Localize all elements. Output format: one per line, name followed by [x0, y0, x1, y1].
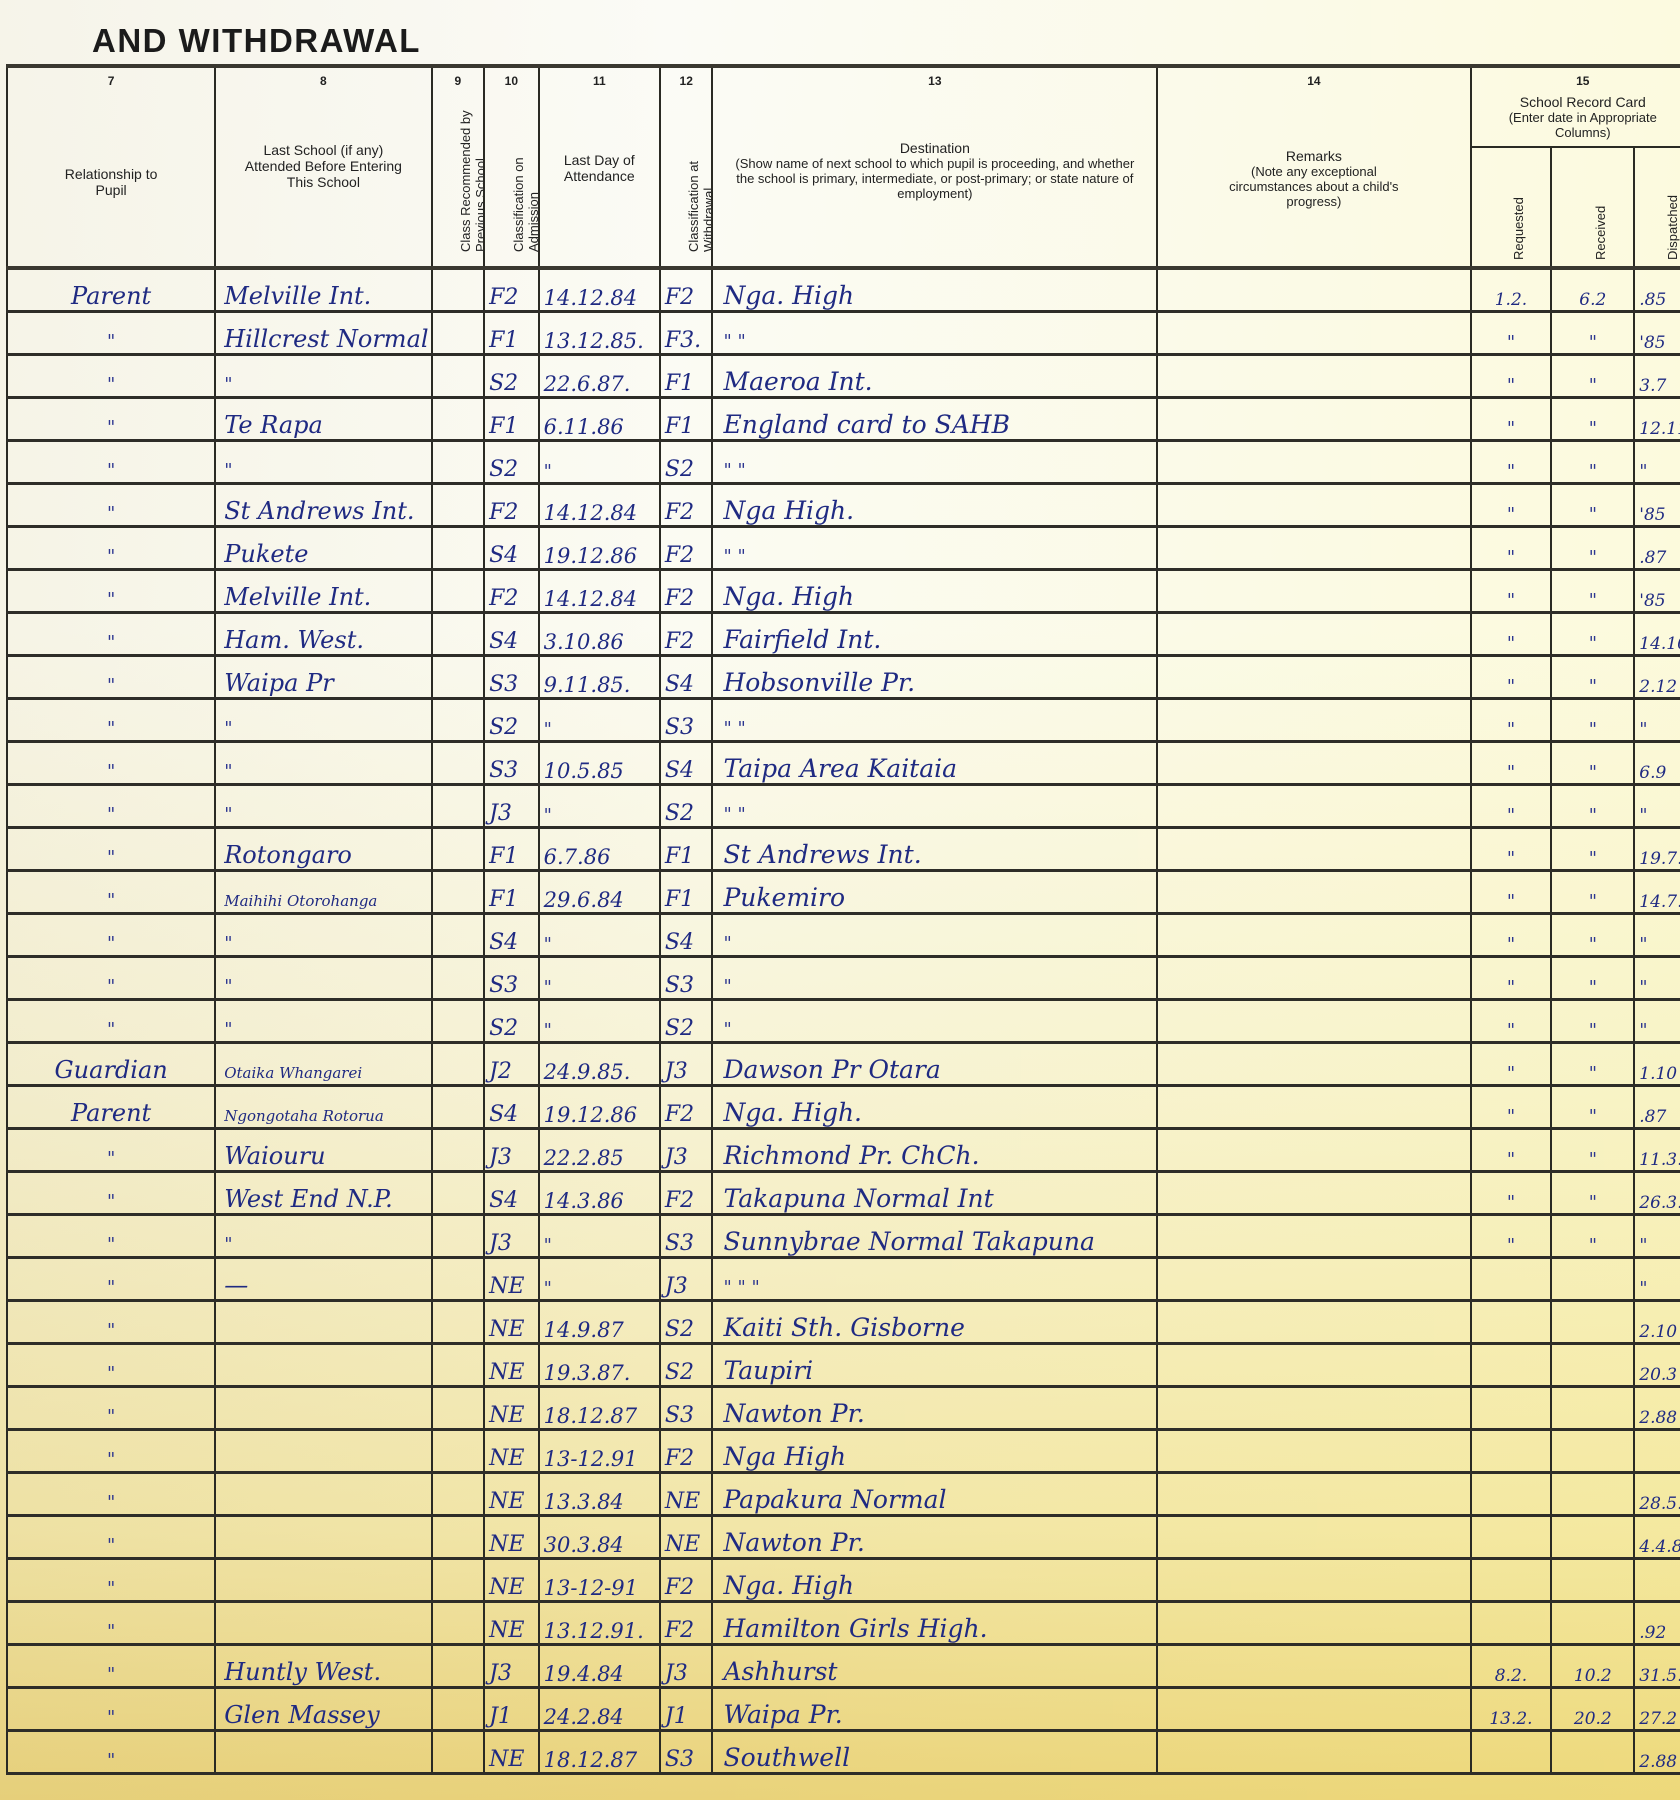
- cell-last-school: Ngongotaha Rotorua: [215, 1086, 431, 1129]
- table-row: " " S3 " S3 " " " ": [7, 957, 1680, 1000]
- cell-last-school: [215, 1473, 431, 1516]
- cell-class-admission: J1: [484, 1688, 539, 1731]
- cell-destination: Maeroa Int.: [712, 355, 1157, 398]
- cell-class-recommended: [432, 828, 485, 871]
- cell-class-recommended: [432, 398, 485, 441]
- cell-remarks: [1157, 785, 1470, 828]
- cell-last-school: Rotongaro: [215, 828, 431, 871]
- cell-card-received: ": [1551, 1000, 1634, 1043]
- cell-relationship: ": [7, 355, 215, 398]
- cell-class-admission: S4: [484, 914, 539, 957]
- cell-class-withdrawal: NE: [660, 1473, 713, 1516]
- cell-class-admission: F1: [484, 312, 539, 355]
- cell-destination: " ": [712, 699, 1157, 742]
- cell-relationship: ": [7, 1215, 215, 1258]
- cell-last-day: 24.2.84: [539, 1688, 660, 1731]
- cell-card-requested: ": [1471, 570, 1552, 613]
- cell-last-school: Pukete: [215, 527, 431, 570]
- cell-class-admission: J2: [484, 1043, 539, 1086]
- cell-class-withdrawal: F2: [660, 1602, 713, 1645]
- cell-relationship: ": [7, 1430, 215, 1473]
- cell-remarks: [1157, 1172, 1470, 1215]
- cell-relationship: ": [7, 1000, 215, 1043]
- cell-card-received: ": [1551, 1215, 1634, 1258]
- cell-destination: Richmond Pr. ChCh.: [712, 1129, 1157, 1172]
- cell-relationship: ": [7, 484, 215, 527]
- cell-last-school: West End N.P.: [215, 1172, 431, 1215]
- table-row: " Melville Int. F2 14.12.84 F2 Nga. High…: [7, 570, 1680, 613]
- cell-last-day: 14.12.84: [539, 570, 660, 613]
- cell-last-day: 22.6.87.: [539, 355, 660, 398]
- cell-relationship: ": [7, 742, 215, 785]
- cell-class-recommended: [432, 1688, 485, 1731]
- cell-destination: Nga High.: [712, 484, 1157, 527]
- cell-card-received: 10.2: [1551, 1645, 1634, 1688]
- cell-class-recommended: [432, 1731, 485, 1774]
- cell-card-received: ": [1551, 312, 1634, 355]
- cell-relationship: Parent: [7, 268, 215, 312]
- cell-remarks: [1157, 527, 1470, 570]
- cell-class-recommended: [432, 1645, 485, 1688]
- cell-class-withdrawal: F2: [660, 484, 713, 527]
- cell-remarks: [1157, 1344, 1470, 1387]
- cell-card-dispatched: ": [1634, 699, 1680, 742]
- cell-destination: " ": [712, 312, 1157, 355]
- cell-card-requested: ": [1471, 914, 1552, 957]
- cell-card-received: ": [1551, 1129, 1634, 1172]
- cell-class-admission: F2: [484, 268, 539, 312]
- cell-remarks: [1157, 957, 1470, 1000]
- cell-remarks: [1157, 1129, 1470, 1172]
- cell-last-day: ": [539, 1215, 660, 1258]
- cell-class-withdrawal: S2: [660, 1301, 713, 1344]
- cell-class-withdrawal: S4: [660, 656, 713, 699]
- cell-last-school: Maihihi Otorohanga: [215, 871, 431, 914]
- cell-destination: Sunnybrae Normal Takapuna: [712, 1215, 1157, 1258]
- table-row: " Rotongaro F1 6.7.86 F1 St Andrews Int.…: [7, 828, 1680, 871]
- cell-card-requested: [1471, 1344, 1552, 1387]
- cell-destination: ": [712, 914, 1157, 957]
- cell-class-recommended: [432, 484, 485, 527]
- cell-class-admission: S3: [484, 656, 539, 699]
- table-row: " " J3 " S3 Sunnybrae Normal Takapuna " …: [7, 1215, 1680, 1258]
- cell-last-school: Te Rapa: [215, 398, 431, 441]
- cell-card-requested: 13.2.: [1471, 1688, 1552, 1731]
- cell-card-received: ": [1551, 1043, 1634, 1086]
- cell-relationship: ": [7, 1688, 215, 1731]
- table-row: " Te Rapa F1 6.11.86 F1 England card to …: [7, 398, 1680, 441]
- header-remarks: 14 Remarks (Note any exceptional circums…: [1157, 66, 1470, 268]
- cell-remarks: [1157, 1387, 1470, 1430]
- cell-class-recommended: [432, 914, 485, 957]
- cell-remarks: [1157, 871, 1470, 914]
- cell-last-school: St Andrews Int.: [215, 484, 431, 527]
- cell-destination: Pukemiro: [712, 871, 1157, 914]
- register-rows: Parent Melville Int. F2 14.12.84 F2 Nga.…: [7, 268, 1680, 1774]
- cell-class-withdrawal: S4: [660, 742, 713, 785]
- cell-card-received: ": [1551, 355, 1634, 398]
- table-row: Parent Melville Int. F2 14.12.84 F2 Nga.…: [7, 268, 1680, 312]
- cell-relationship: ": [7, 1731, 215, 1774]
- table-row: " Waipa Pr S3 9.11.85. S4 Hobsonville Pr…: [7, 656, 1680, 699]
- cell-card-requested: [1471, 1387, 1552, 1430]
- cell-card-requested: ": [1471, 484, 1552, 527]
- cell-destination: Nawton Pr.: [712, 1516, 1157, 1559]
- table-row: " NE 13.3.84 NE Papakura Normal 28.5.84: [7, 1473, 1680, 1516]
- cell-remarks: [1157, 1731, 1470, 1774]
- cell-class-recommended: [432, 699, 485, 742]
- cell-card-received: ": [1551, 871, 1634, 914]
- header-dispatched: Dispatched: [1634, 147, 1680, 268]
- cell-relationship: ": [7, 527, 215, 570]
- cell-remarks: [1157, 1602, 1470, 1645]
- cell-card-requested: ": [1471, 1215, 1552, 1258]
- cell-card-requested: [1471, 1430, 1552, 1473]
- cell-last-day: 18.12.87: [539, 1387, 660, 1430]
- cell-class-recommended: [432, 441, 485, 484]
- cell-card-requested: [1471, 1559, 1552, 1602]
- table-row: " Hillcrest Normal F1 13.12.85. F3. " " …: [7, 312, 1680, 355]
- cell-card-received: ": [1551, 1172, 1634, 1215]
- cell-last-day: 13.3.84: [539, 1473, 660, 1516]
- cell-relationship: ": [7, 1473, 215, 1516]
- cell-card-received: ": [1551, 527, 1634, 570]
- cell-last-school: Glen Massey: [215, 1688, 431, 1731]
- cell-last-school: ": [215, 785, 431, 828]
- cell-relationship: ": [7, 441, 215, 484]
- cell-card-received: [1551, 1559, 1634, 1602]
- cell-relationship: ": [7, 1172, 215, 1215]
- cell-destination: ": [712, 957, 1157, 1000]
- cell-relationship: ": [7, 1516, 215, 1559]
- cell-card-requested: [1471, 1473, 1552, 1516]
- cell-last-school: ": [215, 1215, 431, 1258]
- cell-last-day: ": [539, 785, 660, 828]
- cell-card-dispatched: '85: [1634, 312, 1680, 355]
- cell-last-school: ": [215, 957, 431, 1000]
- cell-card-dispatched: 19.7.86: [1634, 828, 1680, 871]
- cell-card-dispatched: 2.10: [1634, 1301, 1680, 1344]
- cell-class-withdrawal: S3: [660, 1387, 713, 1430]
- cell-card-received: ": [1551, 742, 1634, 785]
- cell-last-day: ": [539, 1258, 660, 1301]
- cell-card-dispatched: .87: [1634, 1086, 1680, 1129]
- cell-last-day: 13-12-91: [539, 1559, 660, 1602]
- cell-class-recommended: [432, 1086, 485, 1129]
- cell-destination: Hobsonville Pr.: [712, 656, 1157, 699]
- cell-card-dispatched: 4.4.84: [1634, 1516, 1680, 1559]
- cell-last-school: [215, 1344, 431, 1387]
- cell-relationship: ": [7, 656, 215, 699]
- cell-card-dispatched: '85: [1634, 570, 1680, 613]
- cell-card-dispatched: 26.3.86: [1634, 1172, 1680, 1215]
- cell-remarks: [1157, 441, 1470, 484]
- cell-card-dispatched: 14.7.84: [1634, 871, 1680, 914]
- cell-class-admission: NE: [484, 1473, 539, 1516]
- cell-last-school: —: [215, 1258, 431, 1301]
- cell-last-school: Otaika Whangarei: [215, 1043, 431, 1086]
- cell-card-requested: [1471, 1602, 1552, 1645]
- cell-card-dispatched: 3.7: [1634, 355, 1680, 398]
- cell-class-withdrawal: F2: [660, 1172, 713, 1215]
- cell-remarks: [1157, 268, 1470, 312]
- cell-remarks: [1157, 1645, 1470, 1688]
- cell-relationship: Parent: [7, 1086, 215, 1129]
- cell-destination: " ": [712, 441, 1157, 484]
- cell-class-withdrawal: J3: [660, 1258, 713, 1301]
- cell-class-withdrawal: F2: [660, 1559, 713, 1602]
- table-row: " Pukete S4 19.12.86 F2 " " " " .87: [7, 527, 1680, 570]
- cell-class-admission: NE: [484, 1258, 539, 1301]
- cell-card-received: 20.2: [1551, 1688, 1634, 1731]
- table-row: " NE 14.9.87 S2 Kaiti Sth. Gisborne 2.10: [7, 1301, 1680, 1344]
- cell-card-requested: [1471, 1516, 1552, 1559]
- cell-last-school: Hillcrest Normal: [215, 312, 431, 355]
- table-row: " " S2 22.6.87. F1 Maeroa Int. " " 3.7: [7, 355, 1680, 398]
- cell-card-dispatched: ": [1634, 1258, 1680, 1301]
- cell-card-requested: ": [1471, 441, 1552, 484]
- cell-class-admission: F2: [484, 484, 539, 527]
- cell-card-dispatched: ": [1634, 914, 1680, 957]
- cell-class-recommended: [432, 1559, 485, 1602]
- cell-class-admission: NE: [484, 1516, 539, 1559]
- table-row: " St Andrews Int. F2 14.12.84 F2 Nga Hig…: [7, 484, 1680, 527]
- cell-card-dispatched: '85: [1634, 484, 1680, 527]
- cell-class-recommended: [432, 1000, 485, 1043]
- cell-class-recommended: [432, 1301, 485, 1344]
- cell-destination: Nga High: [712, 1430, 1157, 1473]
- table-row: Parent Ngongotaha Rotorua S4 19.12.86 F2…: [7, 1086, 1680, 1129]
- cell-class-withdrawal: F2: [660, 570, 713, 613]
- table-row: " NE 13-12-91 F2 Nga. High: [7, 1559, 1680, 1602]
- cell-last-day: ": [539, 1000, 660, 1043]
- header-last-school: 8 Last School (if any) Attended Before E…: [215, 66, 431, 268]
- cell-destination: Hamilton Girls High.: [712, 1602, 1157, 1645]
- table-row: " " S2 " S2 " " " " ": [7, 441, 1680, 484]
- cell-class-admission: F2: [484, 570, 539, 613]
- cell-relationship: ": [7, 1344, 215, 1387]
- cell-remarks: [1157, 1559, 1470, 1602]
- cell-class-admission: F1: [484, 871, 539, 914]
- cell-class-recommended: [432, 312, 485, 355]
- cell-relationship: ": [7, 1645, 215, 1688]
- cell-class-recommended: [432, 656, 485, 699]
- cell-class-recommended: [432, 1473, 485, 1516]
- table-row: " " S3 10.5.85 S4 Taipa Area Kaitaia " "…: [7, 742, 1680, 785]
- cell-remarks: [1157, 1516, 1470, 1559]
- cell-card-requested: 8.2.: [1471, 1645, 1552, 1688]
- header-class-withdrawal: 12 Classification at Withdrawal: [660, 66, 713, 268]
- cell-destination: Nga. High: [712, 1559, 1157, 1602]
- cell-class-admission: F1: [484, 398, 539, 441]
- cell-card-dispatched: 14.10: [1634, 613, 1680, 656]
- cell-card-requested: ": [1471, 1086, 1552, 1129]
- cell-card-received: ": [1551, 1086, 1634, 1129]
- cell-remarks: [1157, 570, 1470, 613]
- cell-destination: Nga. High: [712, 268, 1157, 312]
- cell-remarks: [1157, 914, 1470, 957]
- cell-destination: ": [712, 1000, 1157, 1043]
- cell-remarks: [1157, 1301, 1470, 1344]
- table-row: " NE 19.3.87. S2 Taupiri 20.3: [7, 1344, 1680, 1387]
- cell-class-withdrawal: S2: [660, 441, 713, 484]
- table-row: " Huntly West. J3 19.4.84 J3 Ashhurst 8.…: [7, 1645, 1680, 1688]
- cell-last-day: 29.6.84: [539, 871, 660, 914]
- cell-destination: " ": [712, 785, 1157, 828]
- cell-last-school: ": [215, 355, 431, 398]
- header-record-card: 15 School Record Card (Enter date in App…: [1471, 66, 1680, 147]
- table-row: " Glen Massey J1 24.2.84 J1 Waipa Pr. 13…: [7, 1688, 1680, 1731]
- cell-last-school: [215, 1516, 431, 1559]
- cell-class-withdrawal: S3: [660, 1215, 713, 1258]
- cell-card-requested: ": [1471, 1129, 1552, 1172]
- cell-card-dispatched: 27.2: [1634, 1688, 1680, 1731]
- cell-class-withdrawal: F1: [660, 355, 713, 398]
- cell-card-dispatched: ": [1634, 957, 1680, 1000]
- cell-last-school: ": [215, 699, 431, 742]
- cell-last-day: 24.9.85.: [539, 1043, 660, 1086]
- cell-remarks: [1157, 484, 1470, 527]
- cell-card-requested: ": [1471, 1000, 1552, 1043]
- cell-card-requested: ": [1471, 785, 1552, 828]
- cell-remarks: [1157, 1430, 1470, 1473]
- cell-last-school: [215, 1731, 431, 1774]
- cell-card-dispatched: .92: [1634, 1602, 1680, 1645]
- cell-card-dispatched: ": [1634, 441, 1680, 484]
- cell-card-requested: ": [1471, 1172, 1552, 1215]
- cell-card-requested: ": [1471, 742, 1552, 785]
- cell-card-received: ": [1551, 570, 1634, 613]
- cell-class-withdrawal: NE: [660, 1516, 713, 1559]
- cell-remarks: [1157, 398, 1470, 441]
- table-row: " NE 18.12.87 S3 Southwell 2.88: [7, 1731, 1680, 1774]
- cell-last-school: ": [215, 742, 431, 785]
- cell-class-admission: F1: [484, 828, 539, 871]
- header-received: Received: [1551, 147, 1634, 268]
- cell-card-dispatched: ": [1634, 1215, 1680, 1258]
- cell-card-dispatched: 20.3: [1634, 1344, 1680, 1387]
- cell-card-dispatched: 12.11: [1634, 398, 1680, 441]
- cell-last-school: [215, 1430, 431, 1473]
- cell-relationship: Guardian: [7, 1043, 215, 1086]
- cell-destination: St Andrews Int.: [712, 828, 1157, 871]
- cell-card-requested: ": [1471, 828, 1552, 871]
- cell-card-received: ": [1551, 441, 1634, 484]
- cell-class-recommended: [432, 1129, 485, 1172]
- cell-class-recommended: [432, 570, 485, 613]
- register-sheet: 7 Relationship to Pupil 8 Last School (i…: [6, 64, 1680, 1775]
- cell-destination: England card to SAHB: [712, 398, 1157, 441]
- cell-last-day: 6.11.86: [539, 398, 660, 441]
- cell-card-received: ": [1551, 484, 1634, 527]
- cell-card-received: [1551, 1430, 1634, 1473]
- cell-card-dispatched: 2.12: [1634, 656, 1680, 699]
- table-row: " Ham. West. S4 3.10.86 F2 Fairfield Int…: [7, 613, 1680, 656]
- cell-remarks: [1157, 742, 1470, 785]
- cell-remarks: [1157, 1688, 1470, 1731]
- cell-last-day: 19.12.86: [539, 1086, 660, 1129]
- cell-class-withdrawal: F2: [660, 1086, 713, 1129]
- cell-class-withdrawal: S4: [660, 914, 713, 957]
- cell-class-recommended: [432, 1430, 485, 1473]
- cell-card-received: ": [1551, 914, 1634, 957]
- cell-class-withdrawal: S3: [660, 957, 713, 1000]
- cell-last-day: 13.12.91.: [539, 1602, 660, 1645]
- cell-last-day: 19.12.86: [539, 527, 660, 570]
- cell-card-dispatched: ": [1634, 1000, 1680, 1043]
- cell-last-day: 19.4.84: [539, 1645, 660, 1688]
- cell-destination: Nga. High.: [712, 1086, 1157, 1129]
- cell-relationship: ": [7, 699, 215, 742]
- cell-class-admission: J3: [484, 1645, 539, 1688]
- cell-remarks: [1157, 1043, 1470, 1086]
- cell-class-withdrawal: F1: [660, 398, 713, 441]
- cell-remarks: [1157, 1473, 1470, 1516]
- cell-last-school: ": [215, 1000, 431, 1043]
- cell-class-recommended: [432, 871, 485, 914]
- cell-card-received: ": [1551, 398, 1634, 441]
- cell-card-received: ": [1551, 656, 1634, 699]
- cell-destination: Papakura Normal: [712, 1473, 1157, 1516]
- cell-class-withdrawal: J1: [660, 1688, 713, 1731]
- cell-last-school: Melville Int.: [215, 570, 431, 613]
- cell-card-requested: ": [1471, 871, 1552, 914]
- withdrawal-register-table: 7 Relationship to Pupil 8 Last School (i…: [6, 64, 1680, 1775]
- cell-class-recommended: [432, 527, 485, 570]
- cell-relationship: ": [7, 613, 215, 656]
- cell-destination: Taipa Area Kaitaia: [712, 742, 1157, 785]
- cell-class-withdrawal: J3: [660, 1043, 713, 1086]
- cell-remarks: [1157, 656, 1470, 699]
- cell-last-school: [215, 1559, 431, 1602]
- cell-remarks: [1157, 355, 1470, 398]
- cell-class-withdrawal: F2: [660, 268, 713, 312]
- cell-class-withdrawal: F1: [660, 871, 713, 914]
- cell-last-school: Ham. West.: [215, 613, 431, 656]
- cell-last-day: 19.3.87.: [539, 1344, 660, 1387]
- cell-last-day: 10.5.85: [539, 742, 660, 785]
- cell-class-recommended: [432, 1172, 485, 1215]
- cell-class-recommended: [432, 1043, 485, 1086]
- cell-card-received: ": [1551, 828, 1634, 871]
- cell-destination: Waipa Pr.: [712, 1688, 1157, 1731]
- cell-class-admission: NE: [484, 1602, 539, 1645]
- cell-relationship: ": [7, 312, 215, 355]
- cell-class-recommended: [432, 1258, 485, 1301]
- cell-class-recommended: [432, 1602, 485, 1645]
- cell-relationship: ": [7, 828, 215, 871]
- cell-relationship: ": [7, 957, 215, 1000]
- cell-last-school: Waiouru: [215, 1129, 431, 1172]
- cell-last-school: ": [215, 441, 431, 484]
- cell-class-admission: S4: [484, 1172, 539, 1215]
- cell-destination: " " ": [712, 1258, 1157, 1301]
- cell-last-school: [215, 1301, 431, 1344]
- cell-class-recommended: [432, 355, 485, 398]
- cell-relationship: ": [7, 1258, 215, 1301]
- cell-card-received: [1551, 1258, 1634, 1301]
- header-destination: 13 Destination (Show name of next school…: [712, 66, 1157, 268]
- cell-class-admission: S2: [484, 1000, 539, 1043]
- cell-last-school: Huntly West.: [215, 1645, 431, 1688]
- cell-relationship: ": [7, 398, 215, 441]
- cell-card-requested: ": [1471, 699, 1552, 742]
- cell-destination: Taupiri: [712, 1344, 1157, 1387]
- cell-relationship: ": [7, 1387, 215, 1430]
- cell-card-received: [1551, 1301, 1634, 1344]
- cell-card-dispatched: 6.9: [1634, 742, 1680, 785]
- cell-class-withdrawal: J3: [660, 1645, 713, 1688]
